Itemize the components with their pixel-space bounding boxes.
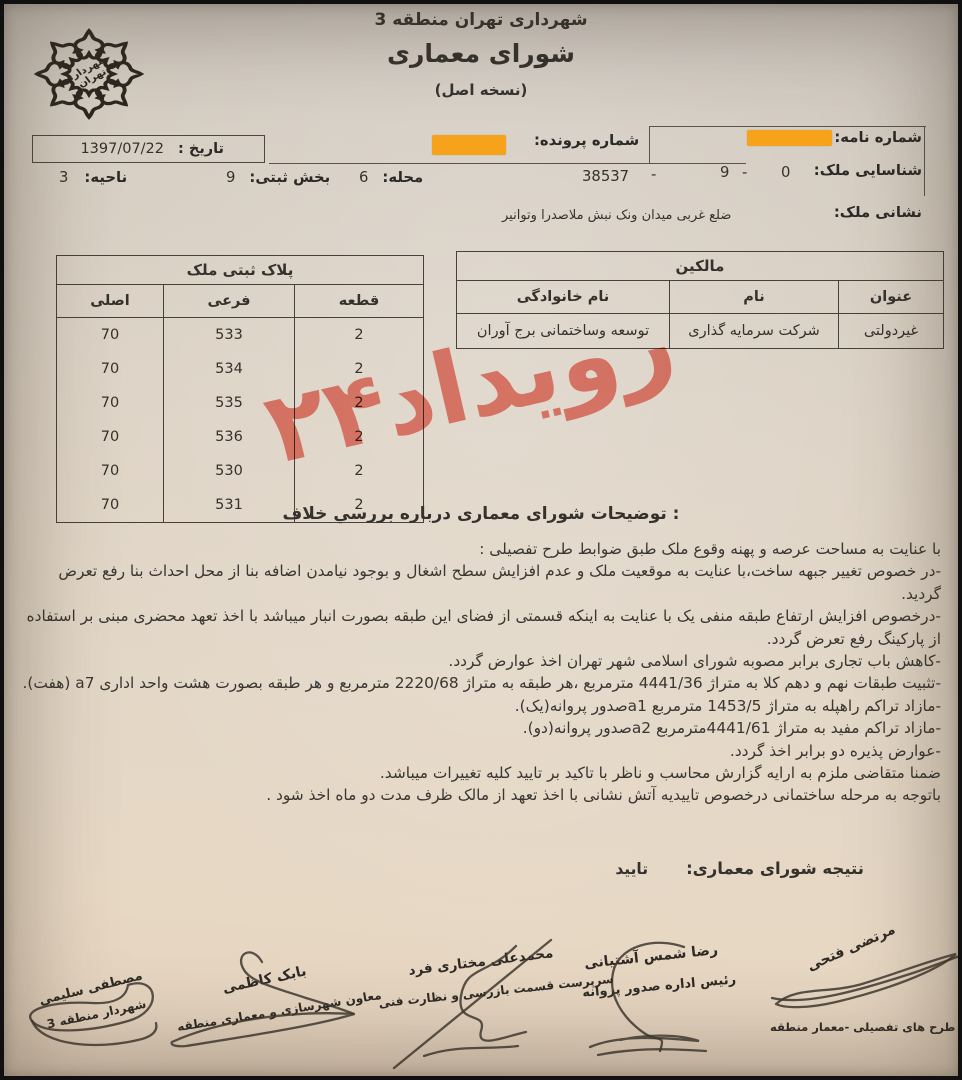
bakhsh-value: 9	[226, 169, 235, 186]
main-cell: 70	[57, 318, 164, 353]
sub-cell: 535	[164, 386, 295, 420]
explanation-line: -کاهش باب تجاری برابر مصوبه شورای اسلامی…	[18, 650, 941, 672]
explanation-line: -درخصوص افزایش ارتفاع طبقه منفی یک با عن…	[18, 605, 941, 650]
main-cell: 70	[57, 352, 164, 386]
tehran-municipality-logo-icon: شهرداری تهران	[24, 20, 154, 128]
signatory-title: سرپرست طرح های تفصیلی -معمار منطقه	[770, 1020, 962, 1034]
owners-row: غیردولتی شرکت سرمایه گذاری توسعه وساختما…	[457, 314, 944, 349]
nahiyeh-value: 3	[59, 169, 68, 186]
date-value: 1397/07/22	[80, 141, 164, 157]
explanations-body: با عنایت به مساحت عرصه و پهنه وقوع ملک ط…	[18, 538, 941, 807]
owners-col-familyname: نام خانوادگی	[457, 281, 670, 314]
form-top-rule	[649, 126, 926, 127]
nahiyeh-field: ناحیه: 3	[59, 169, 127, 186]
signature-scribble-icon	[164, 944, 364, 1079]
redacted-file-number	[432, 135, 506, 155]
sub-cell: 536	[164, 420, 295, 454]
address-value: ضلع غربی میدان ونک نبش ملاصدرا وتوانیر	[502, 208, 731, 223]
plates-col-sub: فرعی	[164, 285, 295, 318]
explanations-heading: : توضیحات شورای معماری درباره بررسي خلاف	[4, 504, 958, 524]
table-row: 2 535 70	[57, 386, 424, 420]
signature-block-shams-ashtiani: رضا شمس آشتیانی رئیس اداره صدور پروانه	[564, 939, 769, 1069]
signature-scribble-icon	[366, 934, 571, 1074]
letter-no-label: شماره نامه:	[834, 129, 922, 146]
plot-cell: 2	[295, 318, 424, 353]
date-box: تاریخ : 1397/07/22	[32, 135, 265, 163]
explanation-line: باتوجه به مرحله ساختمانی درخصوص تاییدیه …	[18, 784, 941, 806]
explanation-line: -در خصوص تغییر جبهه ساخت،با عنایت به موق…	[18, 560, 941, 605]
owners-col-title: عنوان	[839, 281, 944, 314]
form-right-border	[924, 126, 925, 196]
document-header: شهرداری تهران منطقه 3 شورای معماری (نسخه…	[184, 10, 778, 99]
owner-familyname: توسعه وساختمانی برج آوران	[457, 314, 670, 349]
owner-type: غیردولتی	[839, 314, 944, 349]
owners-col-name: نام	[670, 281, 839, 314]
property-id-label: شناسایی ملک:	[814, 162, 922, 179]
explanation-line: -مازاد تراکم راهپله به متراژ 1453/5 مترم…	[18, 695, 941, 717]
owners-table: مالکین عنوان نام نام خانوادگی غیردولتی ش…	[456, 251, 944, 349]
main-cell: 70	[57, 420, 164, 454]
nahiyeh-label: ناحیه:	[84, 169, 127, 186]
plot-cell: 2	[295, 454, 424, 488]
form-divider-vertical	[649, 126, 650, 163]
signature-scribble-icon	[564, 939, 769, 1069]
signature-block-salimi: مصطفی سلیمی شهردار منطقه 3	[16, 959, 171, 1079]
form-mid-rule	[269, 163, 746, 164]
bakhsh-field: بخش ثبتی: 9	[226, 169, 330, 186]
file-no-label: شماره پرونده:	[534, 132, 639, 149]
property-id-part3: 38537	[582, 168, 629, 185]
registration-plates-table: پلاک ثبتی ملک قطعه فرعی اصلی 2 533 70 2 …	[56, 255, 424, 523]
result-label: نتیجه شورای معماری:	[686, 859, 864, 878]
owner-name: شرکت سرمایه گذاری	[670, 314, 839, 349]
explanation-line: ضمنا متقاضی ملزم به ارایه گزارش محاسب و …	[18, 762, 941, 784]
table-row: 2 530 70	[57, 454, 424, 488]
copy-type: (نسخه اصل)	[184, 81, 778, 99]
council-result: نتیجه شورای معماری: تایید	[615, 859, 864, 878]
mahalleh-value: 6	[359, 169, 368, 186]
bakhsh-label: بخش ثبتی:	[249, 169, 330, 186]
result-value: تایید	[615, 860, 648, 878]
property-id-sep2: -	[651, 166, 656, 183]
table-row: 2 533 70	[57, 318, 424, 353]
plot-cell: 2	[295, 352, 424, 386]
plot-cell: 2	[295, 386, 424, 420]
table-row: 2 534 70	[57, 352, 424, 386]
signature-block-kazemi: بابک کاظمی معاون شهرسازی و معماری منطقه	[164, 944, 364, 1079]
sub-cell: 533	[164, 318, 295, 353]
property-id-part2: 9	[720, 164, 729, 181]
table-row: 2 536 70	[57, 420, 424, 454]
signature-block-mokhtari-fard: محمدعلی مختاری فرد سرپرست قسمت بازرسی و …	[366, 934, 571, 1074]
owners-table-title: مالکین	[457, 252, 944, 281]
property-id-sep1: -	[742, 164, 747, 181]
address-label: نشانی ملک:	[834, 204, 922, 221]
signature-block-fathi: مرتضی فتحی سرپرست طرح های تفصیلی -معمار …	[766, 932, 962, 1042]
scanned-document-page: شهرداری تهران شهرداری تهران منطقه 3 شورا…	[0, 0, 962, 1080]
main-cell: 70	[57, 386, 164, 420]
plates-table-title: پلاک ثبتی ملک	[57, 256, 424, 285]
explanation-line: -تثبیت طبقات نهم و دهم کلا به متراژ 4441…	[18, 672, 941, 694]
council-title: شورای معماری	[184, 39, 778, 68]
municipality-title: شهرداری تهران منطقه 3	[184, 10, 778, 30]
property-id-part1: 0	[781, 164, 790, 181]
plot-cell: 2	[295, 420, 424, 454]
date-label: تاریخ :	[178, 141, 224, 157]
signature-scribble-icon	[16, 959, 171, 1079]
plates-col-plot: قطعه	[295, 285, 424, 318]
redacted-letter-number	[747, 130, 832, 146]
explanation-line: -مازاد تراکم مفید به متراژ 4441/61مترمرب…	[18, 717, 941, 739]
sub-cell: 530	[164, 454, 295, 488]
mahalleh-label: محله:	[382, 169, 423, 186]
explanation-line: -عوارض پذیره دو برابر اخذ گردد.	[18, 740, 941, 762]
sub-cell: 534	[164, 352, 295, 386]
mahalleh-field: محله: 6	[359, 169, 423, 186]
plates-col-main: اصلی	[57, 285, 164, 318]
explanation-line: با عنایت به مساحت عرصه و پهنه وقوع ملک ط…	[18, 538, 941, 560]
main-cell: 70	[57, 454, 164, 488]
